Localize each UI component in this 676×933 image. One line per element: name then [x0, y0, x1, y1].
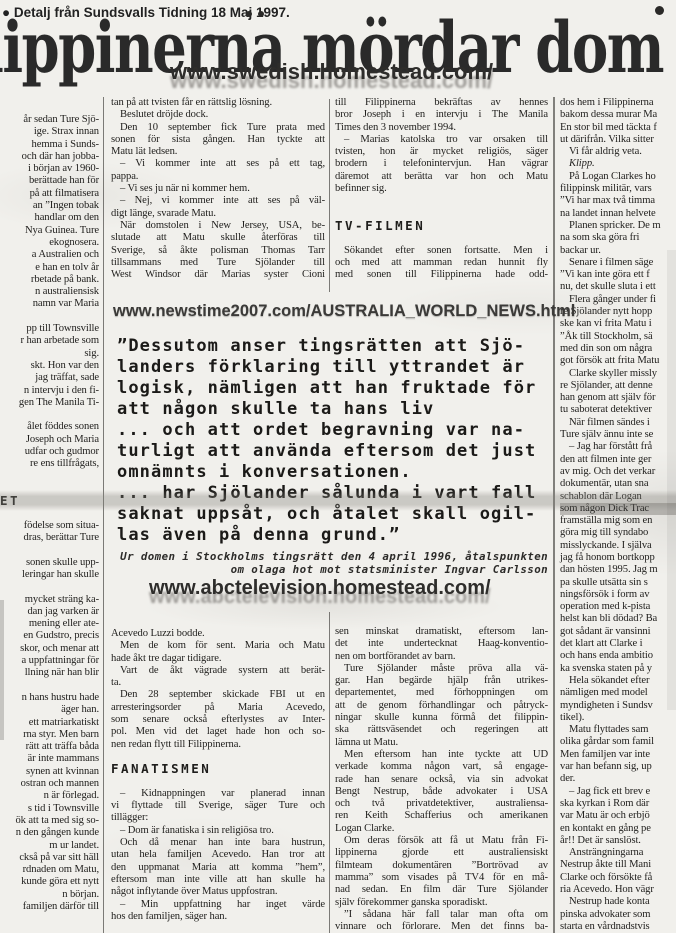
text-line: FANATISMEN: [111, 763, 325, 775]
text-line: var han befann sig, up: [560, 761, 676, 773]
text-line: nad sedan. En film där Ture Sjölander: [335, 884, 548, 896]
text-line: pol. Men vid det laget hade hon och so-: [111, 726, 325, 738]
text-line: något inflytande över Matus uppfostran.: [111, 886, 325, 898]
watermark-url-swedish: www.swedish.homestead.com/: [170, 59, 493, 85]
text-line: sig.: [0, 348, 99, 360]
text-line: na landet innan helvete: [560, 208, 676, 220]
text-line: utan hela familjen Acevedo. Han tror att: [111, 849, 325, 861]
quote-attribution: Ur domen i Stockholms tingsrätt den 4 ap…: [117, 550, 548, 575]
column2-bottom-text: Acevedo Luzzi bodde.Men de kom för sent.…: [111, 628, 325, 923]
column-rule: [329, 612, 330, 933]
text-line: ... och att ordet begravning var na-: [117, 420, 565, 441]
text-line: brodern i telefonintervjun. Han vägrar: [335, 158, 548, 170]
text-line: ”Dessutom anser tingsrätten att Sjö-: [117, 336, 565, 357]
text-line: Matu lät ledsen.: [111, 146, 325, 158]
text-line: han genom att själv för: [560, 392, 676, 404]
text-line: Nya Guinea. Ture: [0, 225, 99, 237]
text-line: got försök att frita Matu: [560, 355, 676, 367]
text-line: handlar om den: [0, 212, 99, 224]
text-line: re Sjölander, att denne: [560, 380, 676, 392]
text-line: – Marias katolska tro var orsaken till: [335, 134, 548, 146]
text-line: skor, och menar att: [0, 643, 99, 655]
text-line: Hela sökandet efter: [560, 675, 676, 687]
text-line: Senare i filmen säge: [560, 257, 676, 269]
text-line: en Gudstro, precis: [0, 630, 99, 642]
text-line: pp till Townsville: [0, 323, 99, 335]
newspaper-scan-page: ilippinerna mördar dom mig ● Detalj från…: [0, 0, 676, 933]
text-line: Och då menar han inte bara hustrun,: [111, 837, 325, 849]
text-line: ekognosera.: [0, 237, 99, 249]
text-line: lippinerna gjorde ett australiensiskt: [335, 847, 548, 859]
text-line: digt länge, svarade Matu.: [111, 208, 325, 220]
left-column-text: år sedan Ture Sjö-ige. Strax innanhemma …: [0, 114, 99, 913]
text-line: Men eftersom han inte tyckte att UD: [335, 749, 548, 761]
text-line: den uppmanat Maria att komma ”hem”,: [111, 862, 325, 874]
ink-dot-artifact: [258, 11, 264, 17]
text-line: Ture Sjölander måste pröva alla vä-: [335, 663, 548, 675]
text-line: gen The Manila Ti-: [0, 397, 99, 409]
text-line: – Dom är fanatiska i sin religiösa tro.: [111, 825, 325, 837]
text-line: [335, 195, 548, 207]
text-line: hade åkt tre dagar tidigare.: [111, 653, 325, 665]
column-rule: [103, 97, 104, 933]
text-line: Ture själv ännu inte se: [560, 429, 676, 441]
text-line: n hans hustru hade: [0, 692, 99, 704]
text-line: Om deras försök att få ut Matu från Fi-: [335, 835, 548, 847]
text-line: Logan Clarke.: [335, 823, 548, 835]
text-line: re ens tillfrågats,: [0, 458, 99, 470]
text-line: ut därifrån. Vilka sitter: [560, 134, 676, 146]
text-line: verkade komma någon vart, så engage-: [335, 761, 548, 773]
text-line: tikel).: [560, 712, 676, 724]
text-line: Clarke skyller missly: [560, 368, 676, 380]
text-line: Ansträngningarna: [560, 847, 676, 859]
text-line: West Windsor där Marias syster Cioni: [111, 269, 325, 281]
text-line: Beslutet dröjde dock.: [111, 109, 325, 121]
text-line: las även på denna grund.”: [117, 525, 565, 546]
text-line: s tid i Townsville: [0, 803, 99, 815]
text-line: tan på att tvisten får en rättslig lösni…: [111, 97, 325, 109]
text-line: födelse som situa-: [0, 520, 99, 532]
text-line: äger han.: [0, 704, 99, 716]
text-line: ka svenska staten på y: [560, 663, 676, 675]
text-line: tillägger:: [111, 812, 325, 824]
text-line: Klipp.: [560, 158, 676, 170]
text-line: [111, 776, 325, 788]
text-line: nu, det skulle sluta i ett: [560, 281, 676, 293]
text-line: Joseph och Maria: [0, 434, 99, 446]
ink-dot-artifact: [655, 6, 664, 15]
text-line: berättade han för: [0, 175, 99, 187]
text-line: och med att mamman redan hunnit fly: [335, 257, 548, 269]
text-line: av mig. Och det verkar: [560, 466, 676, 478]
text-line: ostran och mannen: [0, 778, 99, 790]
text-line: dan jag varken är: [0, 606, 99, 618]
column-rule: [329, 99, 330, 292]
text-line: själv förekommer ganska sporadiskt.: [335, 897, 548, 909]
text-line: slutade att Matu skulle återföras till: [111, 232, 325, 244]
text-line: dos hem i Filippinerna: [560, 97, 676, 109]
text-line: Ur domen i Stockholms tingsrätt den 4 ap…: [117, 550, 548, 563]
text-line: ”I sådana här fall talar man ofta om: [335, 909, 548, 921]
text-line: sonen skulle upp-: [0, 557, 99, 569]
text-line: olika gårdar som famil: [560, 736, 676, 748]
text-line: – Nej, vi kommer inte att ses på väl-: [111, 195, 325, 207]
text-line: familjen därför till: [0, 901, 99, 913]
text-line: den att filmen inte ger: [560, 454, 676, 466]
text-line: re Sjölander nytt hopp: [560, 306, 676, 318]
text-line: En stor bil med täckta f: [560, 122, 676, 134]
text-line: det klart att Clarke i: [560, 638, 676, 650]
text-line: na som ska göra fri: [560, 232, 676, 244]
text-line: [0, 471, 99, 483]
text-line: leringar han skulle: [0, 569, 99, 581]
text-line: ett matriarkatiskt: [0, 717, 99, 729]
text-line: departementet, med förhoppningen om: [335, 687, 548, 699]
text-line: mamma” som visades på TV4 för en må-: [335, 872, 548, 884]
text-line: och hans enda ambitio: [560, 650, 676, 662]
text-line: Sverige, så åkte polisman Thomas Tarr: [111, 245, 325, 257]
ink-dot-artifact: [246, 11, 252, 17]
text-line: [0, 409, 99, 421]
text-line: nämligen med model: [560, 687, 676, 699]
text-line: nen om bortförandet av barn.: [335, 651, 548, 663]
text-line: Nestrup åkte till Mani: [560, 859, 676, 871]
text-line: ... har Sjölander sålunda i vart fall: [117, 483, 565, 504]
text-line: är inte mammans: [0, 753, 99, 765]
text-line: n början.: [0, 889, 99, 901]
text-line: n är förlegad.: [0, 790, 99, 802]
text-line: ET: [0, 495, 99, 507]
text-line: med din son om några: [560, 343, 676, 355]
text-line: bror Joseph i en intervju i The Manila: [335, 109, 548, 121]
text-line: filippinsk militär, vars: [560, 183, 676, 195]
text-line: m ur landet.: [0, 840, 99, 852]
text-line: arresteringsorder på Maria Acevedo,: [111, 702, 325, 714]
text-line: r han arbetade som: [0, 335, 99, 347]
text-line: jag träffat, sade: [0, 372, 99, 384]
text-line: myndigheten i Sundsv: [560, 700, 676, 712]
text-line: det inte undertecknat Haag-konventio-: [335, 638, 548, 650]
text-line: nen redan flytt till Filippinerna.: [111, 739, 325, 751]
text-line: turligt att använda eftersom det just: [117, 441, 565, 462]
court-quote-block: ”Dessutom anser tingsrätten att Sjö-land…: [117, 336, 565, 546]
text-line: e han en tolv år: [0, 262, 99, 274]
text-line: Bengt Nestrup, både advokater i USA: [335, 786, 548, 798]
text-line: omnämnts i konversationen.: [117, 462, 565, 483]
text-line: och två privatdetektiver, australiensa-: [335, 798, 548, 810]
text-line: – Kidnappningen var planerad innan: [111, 788, 325, 800]
text-line: dokumentär, utan sna: [560, 478, 676, 490]
text-line: logisk, nämligen att han fruktade för: [117, 378, 565, 399]
text-line: helst kan bli dödad? Ba: [560, 613, 676, 625]
text-line: i början av 1960-: [0, 163, 99, 175]
text-line: starta en vårdnadstvis: [560, 921, 676, 933]
text-line: ”Vi har max två timma: [560, 195, 676, 207]
text-line: [0, 680, 99, 692]
text-line: n intervju i den fi-: [0, 385, 99, 397]
text-line: Times den 3 november 1994.: [335, 122, 548, 134]
text-line: ige. Strax innan: [0, 126, 99, 138]
text-line: gar. Han begärde hjälp från utrikes-: [335, 675, 548, 687]
text-line: var Matu är och erbjö: [560, 810, 676, 822]
text-line: [0, 311, 99, 323]
text-line: filmteam dokumentären ”Bortrövad av: [335, 860, 548, 872]
text-line: ök att ta med sig so-: [0, 815, 99, 827]
text-line: Men de kom för sent. Maria och Matu: [111, 640, 325, 652]
text-line: bakom dessa murar Ma: [560, 109, 676, 121]
text-line: tillsammans med Ture Sjölander till: [111, 257, 325, 269]
text-line: Den 28 september skickade FBI ut en: [111, 689, 325, 701]
text-line: ta.: [111, 677, 325, 689]
column3-bottom-text: sen minskat dramatiskt, eftersom lan-det…: [335, 626, 548, 933]
text-line: – Min uppfattning har inget värde: [111, 899, 325, 911]
text-line: som någon Dick Trac: [560, 503, 676, 515]
text-line: llning när han blir: [0, 667, 99, 679]
text-line: mycket sträng ka-: [0, 594, 99, 606]
text-line: ningar skulle kunna förmå det filippin-: [335, 712, 548, 724]
text-line: ska kyrkan i Rom där: [560, 798, 676, 810]
text-line: – Vi kommer inte att ses på ett tag,: [111, 158, 325, 170]
text-line: vinnare och förlorare. Men det finns ba-: [335, 921, 548, 933]
column3-top-text: till Filippinerna bekräftas av hennesbro…: [335, 97, 548, 281]
text-line: a uppfattningar för: [0, 655, 99, 667]
watermark-url-newstime: www.newstime2007.com/AUSTRALIA_WORLD_NEW…: [113, 302, 575, 321]
text-line: pappa.: [111, 171, 325, 183]
text-line: schablon där Logan: [560, 491, 676, 503]
text-line: rna styr. Men barn: [0, 729, 99, 741]
text-line: hemma i Sunds-: [0, 139, 99, 151]
text-line: [0, 508, 99, 520]
text-line: mening eller ate-: [0, 618, 99, 630]
text-line: udfar och gudmor: [0, 446, 99, 458]
right-column-text: dos hem i Filippinernabakom dessa murar …: [560, 97, 676, 933]
text-line: der.: [560, 773, 676, 785]
text-line: saknat uppsåt, och åtalet skall ogil-: [117, 504, 565, 525]
text-line: Flera gånger under fi: [560, 294, 676, 306]
text-line: Men familjen var inte: [560, 749, 676, 761]
text-line: Matu flyttades sam: [560, 724, 676, 736]
text-line: att någon skulle ta hans liv: [117, 399, 565, 420]
text-line: år sedan Ture Sjö-: [0, 114, 99, 126]
text-line: att de genom förhandlingar och påtryck-: [335, 700, 548, 712]
text-line: n den gången kunde: [0, 827, 99, 839]
text-line: Vi får aldrig veta.: [560, 146, 676, 158]
text-line: pinska advokater som: [560, 909, 676, 921]
text-line: operation med k-pista: [560, 601, 676, 613]
text-line: ska rättsväsendet och regeringen att: [335, 724, 548, 736]
text-line: synen att kvinnan: [0, 766, 99, 778]
text-line: Vart de åkt vägrade systern att berät-: [111, 665, 325, 677]
watermark-url-abctv: www.abctelevision.homestead.com/: [149, 577, 491, 600]
text-line: [0, 544, 99, 556]
text-line: rätt att träffa båda: [0, 741, 99, 753]
text-line: hos den familjen, säger han.: [111, 911, 325, 923]
text-line: sonen för sista gången. Han tyckte att: [111, 134, 325, 146]
text-line: som senare också efterlystes av Inter-: [111, 714, 325, 726]
text-line: lämna ut Matu.: [335, 737, 548, 749]
text-line: ningsförsök i form av: [560, 589, 676, 601]
text-line: vi flyttade till Sverige, säger Ture och: [111, 800, 325, 812]
text-line: ren Keith Schafferius och amerikanen: [335, 810, 548, 822]
text-line: ske kan vi frita Matu i: [560, 318, 676, 330]
text-line: an ”Ingen tobak: [0, 200, 99, 212]
text-line: [335, 232, 548, 244]
text-line: pa skulle utsätta sin s: [560, 577, 676, 589]
text-line: – Jag har förstått frå: [560, 441, 676, 453]
text-line: till Filippinerna bekräftas av hennes: [335, 97, 548, 109]
text-line: Den 10 september fick Ture prata med: [111, 122, 325, 134]
text-line: ria Acevedo. Hon vägr: [560, 884, 676, 896]
text-line: ålet föddes sonen: [0, 421, 99, 433]
text-line: och där han jobba-: [0, 151, 99, 163]
text-line: rdnaden om Matu,: [0, 864, 99, 876]
text-line: ”Åk till Stockholm, sä: [560, 331, 676, 343]
text-line: Nestrup hade konta: [560, 896, 676, 908]
text-line: jag få honom bortkopp: [560, 552, 676, 564]
text-line: dan hösten 1995. Jag m: [560, 564, 676, 576]
text-line: misslyckande. I själva: [560, 540, 676, 552]
text-line: [0, 581, 99, 593]
text-line: Clarke och försökte få: [560, 872, 676, 884]
text-line: befinner sig.: [335, 183, 548, 195]
text-line: framställa mig som en: [560, 515, 676, 527]
text-line: – Vi ses ju när ni kommer hem.: [111, 183, 325, 195]
text-line: n australiensisk: [0, 286, 99, 298]
text-line: eftersom man inte ville att han skulle h…: [111, 874, 325, 886]
text-line: landers förklaring till yttrandet är: [117, 357, 565, 378]
text-line: tvisten, hon är mycket religiös, säger: [335, 146, 548, 158]
text-line: a Australien och: [0, 249, 99, 261]
text-line: tu saboterat detektiver: [560, 404, 676, 416]
text-line: Planen spricker. De m: [560, 220, 676, 232]
text-line: kunde göra ett nytt: [0, 876, 99, 888]
text-line: – Jag fick ett brev e: [560, 786, 676, 798]
text-line: med sonen till Filippinerna hade odd-: [335, 269, 548, 281]
text-line: om olaga hot mot statsminister Ingvar Ca…: [117, 563, 548, 576]
text-line: Acevedo Luzzi bodde.: [111, 628, 325, 640]
text-line: namn var Maria: [0, 298, 99, 310]
text-line: däremot att berätta var hon och Matu: [335, 171, 548, 183]
text-line: TV-FILMEN: [335, 220, 548, 232]
column2-top-text: tan på att tvisten får en rättslig lösni…: [111, 97, 325, 281]
text-line: dras, berättar Ture: [0, 532, 99, 544]
text-line: rbetade på bank.: [0, 274, 99, 286]
text-line: sen minskat dramatiskt, eftersom lan-: [335, 626, 548, 638]
text-line: ”Vi kan inte göra ett f: [560, 269, 676, 281]
text-line: år!! Det är sanslöst.: [560, 835, 676, 847]
text-line: På Logan Clarkes ho: [560, 171, 676, 183]
text-line: göra mig till syndabo: [560, 527, 676, 539]
text-line: Sökandet efter sonen fortsatte. Men i: [335, 245, 548, 257]
text-line: När filmen sändes i: [560, 417, 676, 429]
text-line: ckså på var sitt häll: [0, 852, 99, 864]
text-line: rade han senare också, via sin advokat: [335, 774, 548, 786]
text-line: en kontakt en gång pe: [560, 823, 676, 835]
text-line: skt. Hon var den: [0, 360, 99, 372]
text-line: på att filmatisera: [0, 188, 99, 200]
text-line: När domstolen i New Jersey, USA, be-: [111, 220, 325, 232]
text-line: got sådant är vansinni: [560, 626, 676, 638]
text-line: backar ur.: [560, 245, 676, 257]
